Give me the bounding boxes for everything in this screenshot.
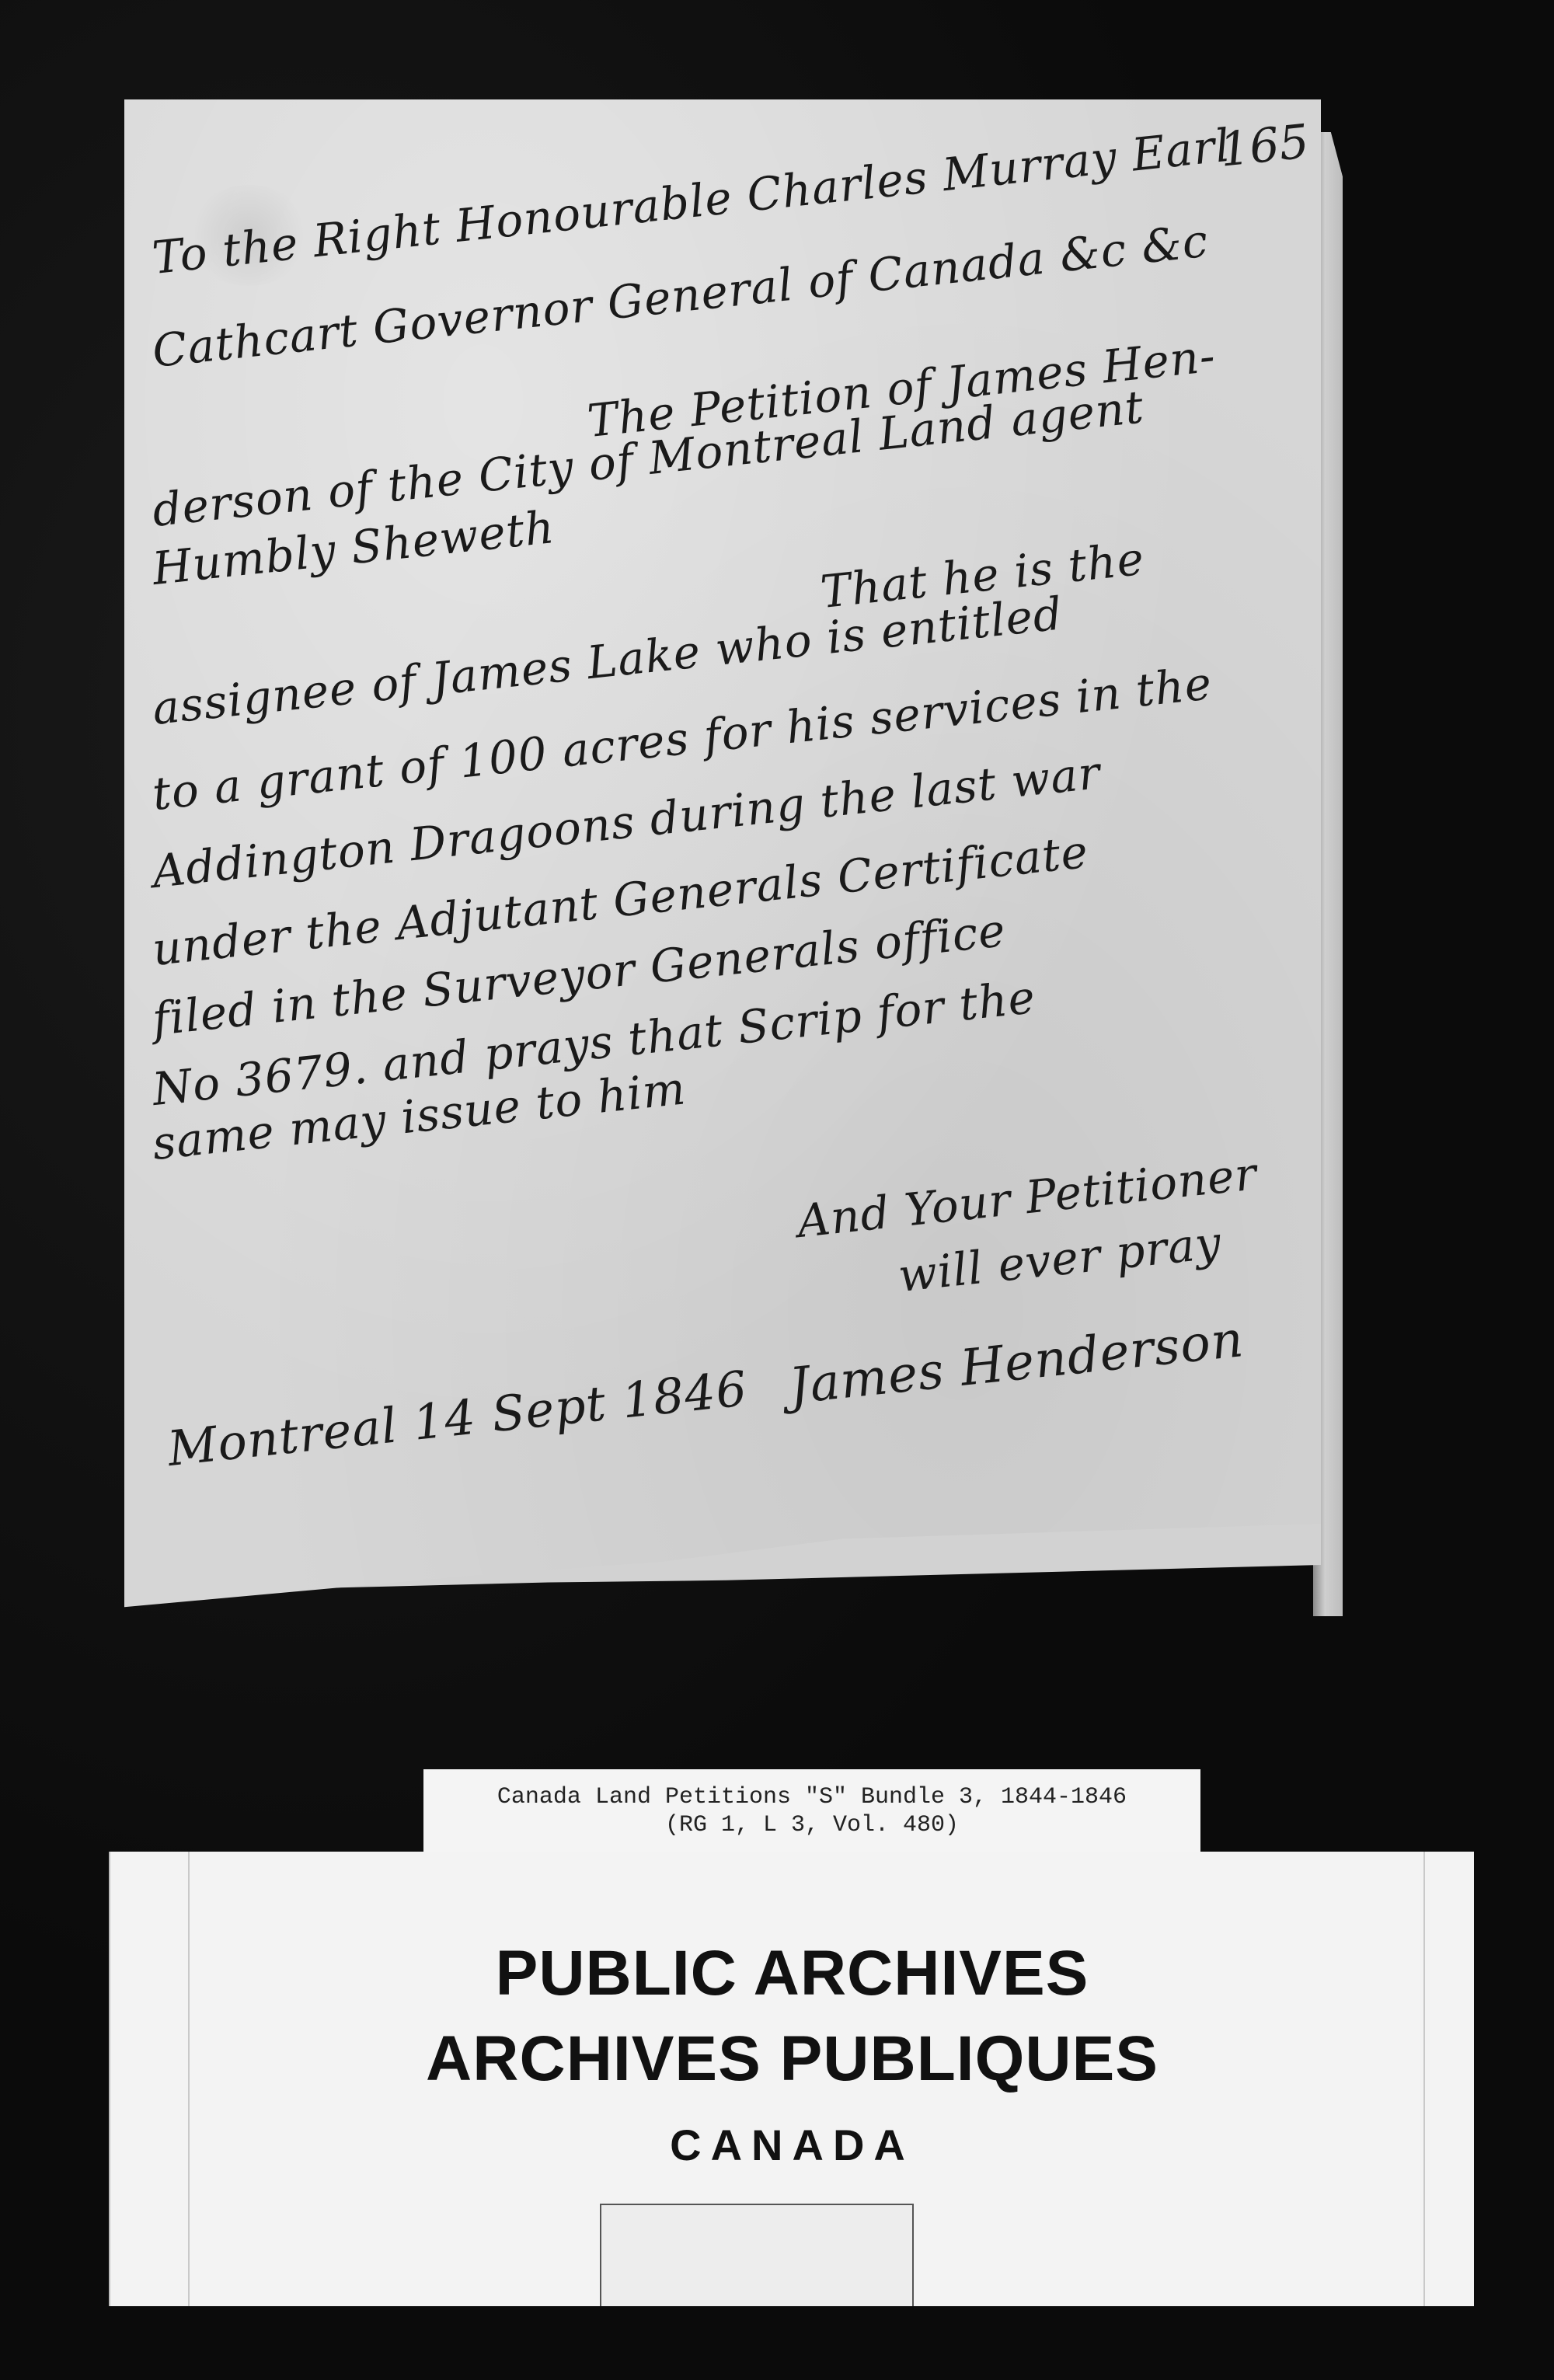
petition-page: 165 To the Right Honourable Charles Murr… xyxy=(124,99,1321,1615)
collection-label-line1: Canada Land Petitions "S" Bundle 3, 1844… xyxy=(423,1783,1200,1811)
archive-card: PUBLIC ARCHIVES ARCHIVES PUBLIQUES CANAD… xyxy=(109,1852,1474,2306)
archive-country: CANADA xyxy=(110,2120,1474,2170)
collection-label: Canada Land Petitions "S" Bundle 3, 1844… xyxy=(423,1769,1200,1859)
collection-label-line2: (RG 1, L 3, Vol. 480) xyxy=(423,1811,1200,1839)
signature: James Henderson xyxy=(786,1311,1246,1416)
archive-title-french: ARCHIVES PUBLIQUES xyxy=(110,2023,1474,2096)
card-tab xyxy=(600,2204,914,2306)
archive-title-english: PUBLIC ARCHIVES xyxy=(110,1937,1474,2010)
